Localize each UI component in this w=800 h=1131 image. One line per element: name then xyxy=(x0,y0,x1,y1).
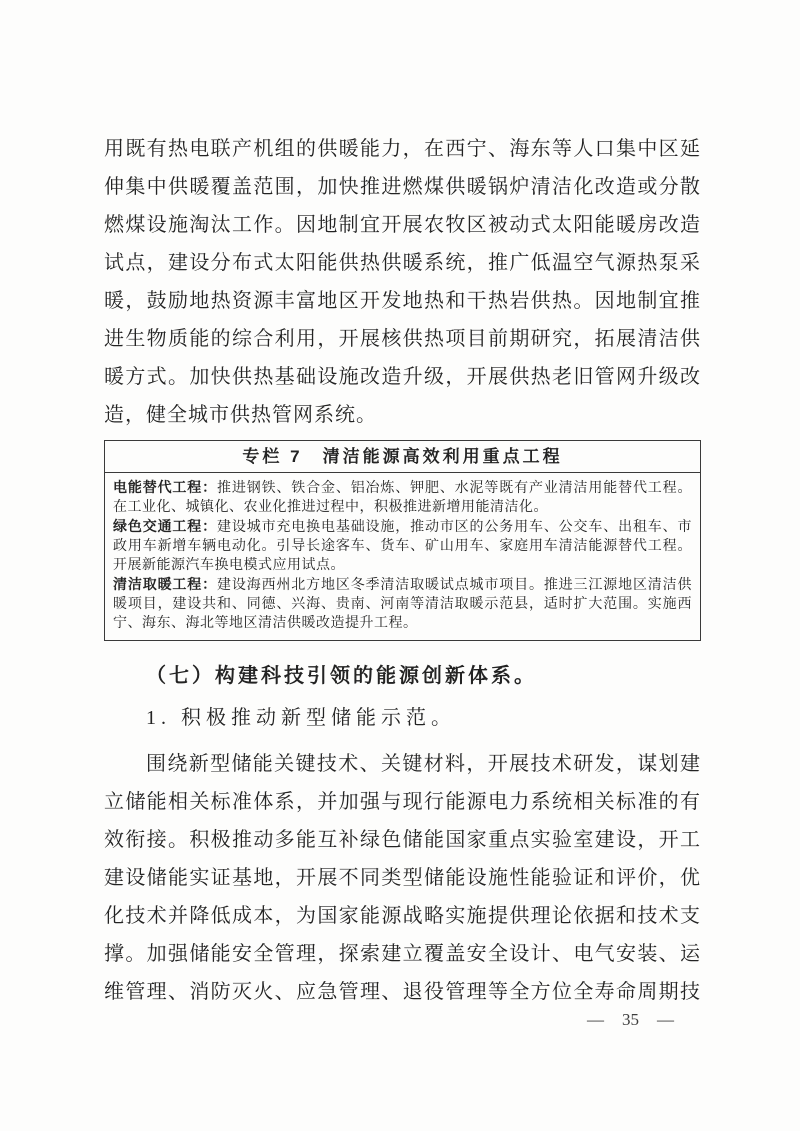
storage-paragraph: 围绕新型储能关键技术、关键材料，开展技术研发，谋划建 立储能相关标准体系，并加强… xyxy=(104,745,701,1011)
text-line: 进生物质能的综合利用，开展核供热项目前期研究，拓展清洁供 xyxy=(104,320,701,358)
callout-paragraph-label: 清洁取暖工程： xyxy=(113,576,217,592)
intro-paragraph: 用既有热电联产机组的供暖能力，在西宁、海东等人口集中区延 伸集中供暖覆盖范围，加… xyxy=(104,130,701,434)
callout-paragraph-green-transport: 绿色交通工程：建设城市充电换电基础设施，推动市区的公务用车、公交车、出租车、市政… xyxy=(113,517,692,575)
page-number: —35— xyxy=(585,1008,676,1032)
section-heading: （七）构建科技引领的能源创新体系。 xyxy=(104,655,701,697)
text-line: 用既有热电联产机组的供暖能力，在西宁、海东等人口集中区延 xyxy=(104,130,701,168)
callout-paragraph-clean-heating: 清洁取暖工程：建设海西州北方地区冬季清洁取暖试点城市项目。推进三江源地区清洁供暖… xyxy=(113,575,692,633)
page-number-dash-left: — xyxy=(585,1010,606,1029)
text-line: 立储能相关标准体系，并加强与现行能源电力系统相关标准的有 xyxy=(104,783,701,821)
text-line: 效衔接。积极推动多能互补绿色储能国家重点实验室建设，开工 xyxy=(104,821,701,859)
page-number-dash-right: — xyxy=(655,1010,676,1029)
text-line: 试点，建设分布式太阳能供热供暖系统，推广低温空气源热泵采 xyxy=(104,244,701,282)
text-line: 化技术并降低成本，为国家能源战略实施提供理论依据和技术支 xyxy=(104,897,701,935)
callout-box-body: 电能替代工程：推进钢铁、铁合金、铝冶炼、钾肥、水泥等既有产业清洁用能替代工程。在… xyxy=(105,473,700,640)
text-line: 建设储能实证基地，开展不同类型储能设施性能验证和评价，优 xyxy=(104,859,701,897)
text-line: 燃煤设施淘汰工作。因地制宜开展农牧区被动式太阳能暖房改造 xyxy=(104,206,701,244)
text-line: 伸集中供暖覆盖范围，加快推进燃煤供暖锅炉清洁化改造或分散 xyxy=(104,168,701,206)
callout-box-column7: 专栏 7 清洁能源高效利用重点工程 电能替代工程：推进钢铁、铁合金、铝冶炼、钾肥… xyxy=(104,440,701,641)
callout-paragraph-label: 电能替代工程： xyxy=(113,479,217,495)
text-line: 撑。加强储能安全管理，探索建立覆盖安全设计、电气安装、运 xyxy=(104,935,701,973)
page-number-value: 35 xyxy=(606,1010,655,1029)
callout-paragraph-label: 绿色交通工程： xyxy=(113,518,217,534)
callout-box-title: 专栏 7 清洁能源高效利用重点工程 xyxy=(105,441,700,473)
content-column: 用既有热电联产机组的供暖能力，在西宁、海东等人口集中区延 伸集中供暖覆盖范围，加… xyxy=(104,0,701,1011)
text-line: 围绕新型储能关键技术、关键材料，开展技术研发，谋划建 xyxy=(104,745,701,783)
text-line: 造，健全城市供热管网系统。 xyxy=(104,396,701,434)
numbered-subheading: 1. 积极推动新型储能示范。 xyxy=(104,697,701,739)
text-line: 暖，鼓励地热资源丰富地区开发地热和干热岩供热。因地制宜推 xyxy=(104,282,701,320)
callout-paragraph-electric-substitution: 电能替代工程：推进钢铁、铁合金、铝冶炼、钾肥、水泥等既有产业清洁用能替代工程。在… xyxy=(113,478,692,517)
document-page: 用既有热电联产机组的供暖能力，在西宁、海东等人口集中区延 伸集中供暖覆盖范围，加… xyxy=(0,0,800,1131)
text-line: 维管理、消防灭火、应急管理、退役管理等全方位全寿命周期技 xyxy=(104,973,701,1011)
text-line: 暖方式。加快供热基础设施改造升级，开展供热老旧管网升级改 xyxy=(104,358,701,396)
